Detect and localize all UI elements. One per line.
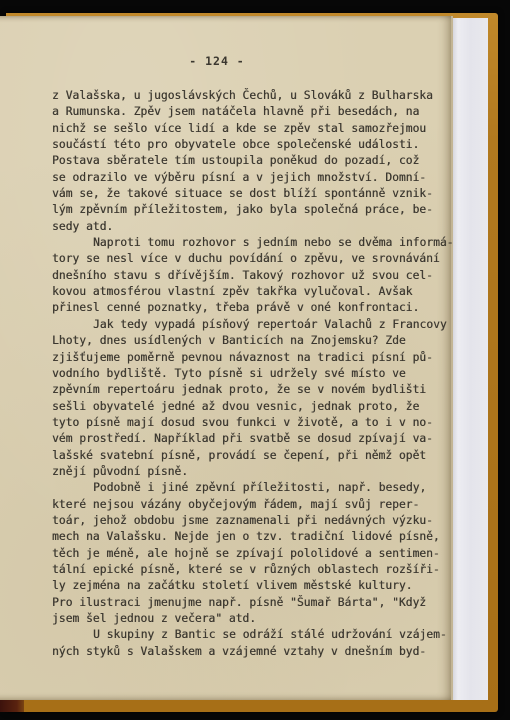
text-line: kovou atmosférou vlastní zpěv takřka vyl… xyxy=(52,284,448,300)
page-edge-stack xyxy=(449,18,488,700)
text-line: se odrazilo ve výběru písní a v jejich m… xyxy=(52,170,448,186)
text-line: které nejsou vázány obyčejovým řádem, ma… xyxy=(52,497,448,513)
page-number: - 124 - xyxy=(52,54,382,68)
book-cover-corner xyxy=(0,699,24,712)
text-line: tální epické písně, které se v různých o… xyxy=(52,562,448,578)
text-line: vám se, že takové situace se dost blíží … xyxy=(52,186,448,202)
text-line: Jak tedy vypadá písňový repertoár Valach… xyxy=(52,317,448,333)
text-line: mech na Valašsku. Nejde jen o tzv. tradi… xyxy=(52,529,448,545)
text-line: vodního bydliště. Tyto písně si udržely … xyxy=(52,366,448,382)
text-line: toár, jehož obdobu jsme zaznamenali při … xyxy=(52,513,448,529)
text-line: a Rumunska. Zpěv jsem natáčela hlavně př… xyxy=(52,104,448,120)
text-block: z Valašska, u jugoslávských Čechů, u Slo… xyxy=(52,88,448,660)
text-line: dnešního stavu s dřívějším. Takový rozho… xyxy=(52,268,448,284)
text-line: Naproti tomu rozhovor s jedním nebo se d… xyxy=(52,235,448,251)
text-line: nichž se sešlo více lidí a kde se zpěv s… xyxy=(52,121,448,137)
text-line: ly zejména na začátku století vlivem měs… xyxy=(52,578,448,594)
text-line: ných styků s Valašskem a vzájemné vztahy… xyxy=(52,644,448,660)
text-line: tory se nesl více v duchu povídání o zpě… xyxy=(52,251,448,267)
text-line: lým zpěvním příležitostem, jako byla spo… xyxy=(52,202,448,218)
text-line: Pro ilustraci jmenujme např. písně "Šuma… xyxy=(52,595,448,611)
text-line: jsem šel jednou z večera" atd. xyxy=(52,611,448,627)
text-line: přinesl cenné poznatky, třeba právě v on… xyxy=(52,300,448,316)
text-line: U skupiny z Bantic se odráží stálé udržo… xyxy=(52,627,448,643)
text-line: vém prostředí. Například při svatbě se d… xyxy=(52,431,448,447)
text-line: Podobně i jiné zpěvní příležitosti, např… xyxy=(52,480,448,496)
text-line: sešli obyvatelé jedné až dvou vesnic, je… xyxy=(52,399,448,415)
text-line: zpěvním repertoáru jednak proto, že se v… xyxy=(52,382,448,398)
text-line: těch je méně, ale hojně se zpívají polol… xyxy=(52,546,448,562)
text-line: sedy atd. xyxy=(52,219,448,235)
text-line: Postava sběratele tím ustoupila poněkud … xyxy=(52,153,448,169)
photo-background: - 124 - z Valašska, u jugoslávských Čech… xyxy=(0,0,510,720)
text-line: lašské svatební písně, provádí se čepení… xyxy=(52,448,448,464)
text-line: tyto písně mají dosud svou funkci v živo… xyxy=(52,415,448,431)
text-line: zjišťujeme poměrně pevnou návaznost na t… xyxy=(52,350,448,366)
text-line: znějí původní písně. xyxy=(52,464,448,480)
text-line: z Valašska, u jugoslávských Čechů, u Slo… xyxy=(52,88,448,104)
text-line: Lhoty, dnes usídlených v Banticích na Zn… xyxy=(52,333,448,349)
text-line: součástí této pro obyvatele obce společe… xyxy=(52,137,448,153)
scanned-page: - 124 - z Valašska, u jugoslávských Čech… xyxy=(0,16,453,700)
